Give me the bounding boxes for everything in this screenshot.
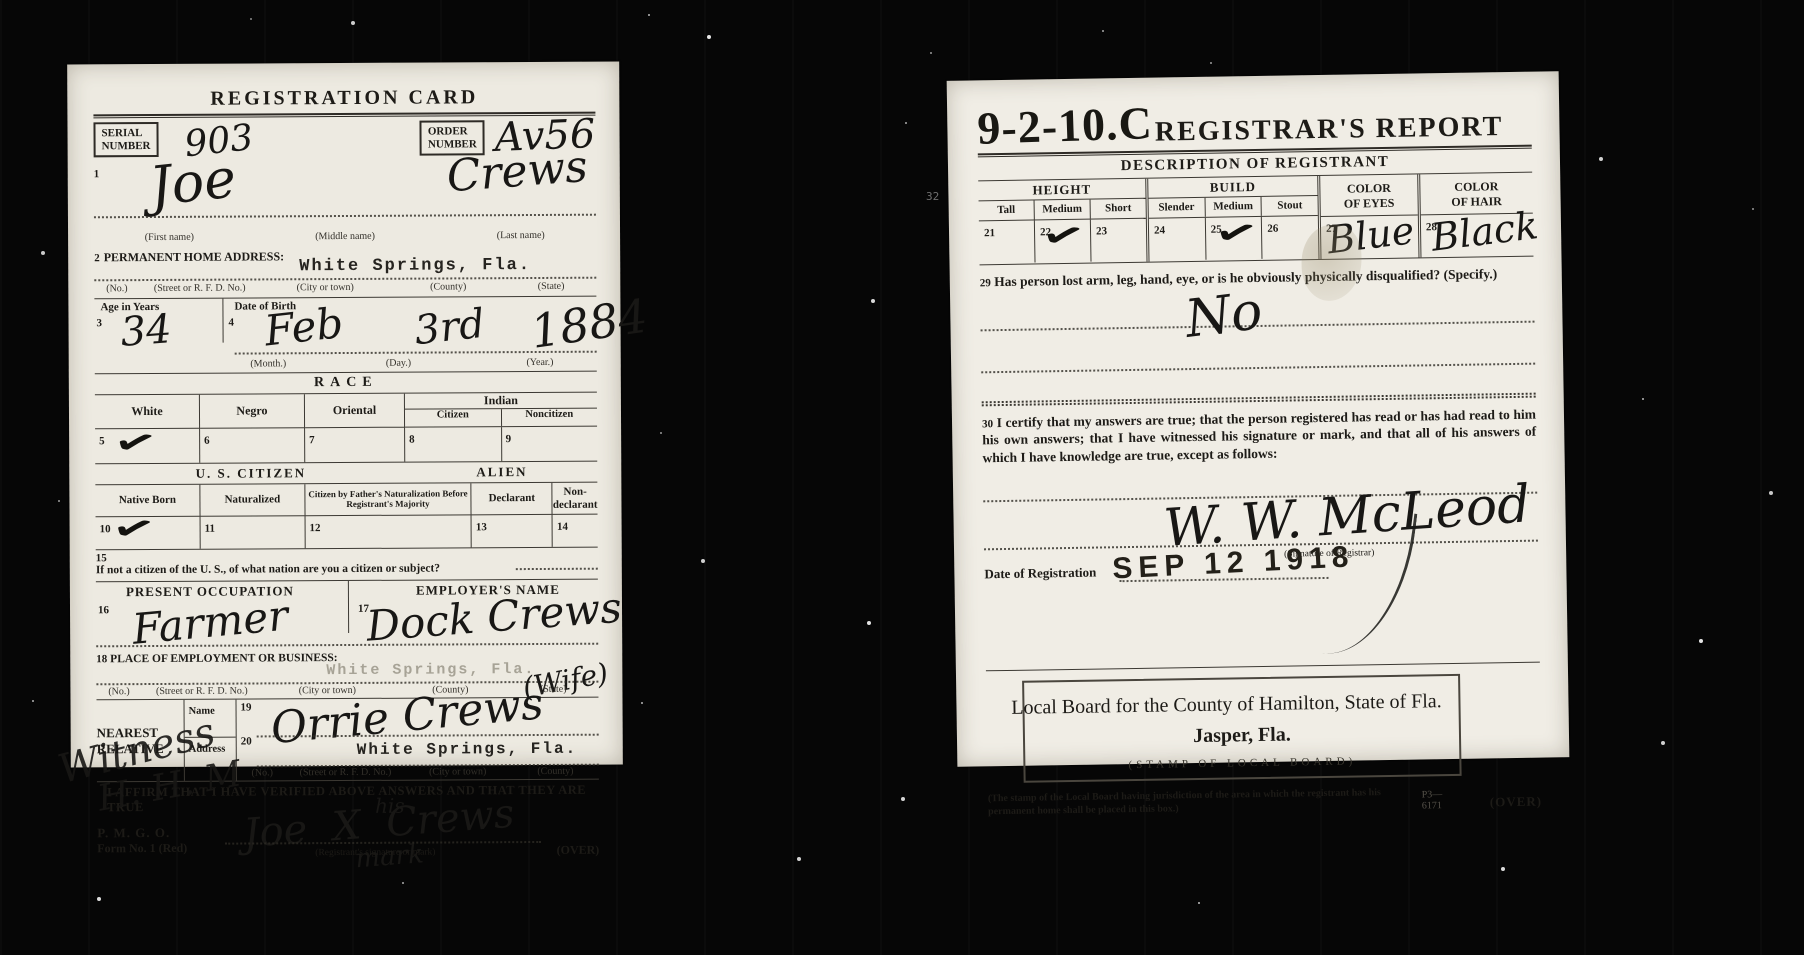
checkmark-icon: ✓ (1210, 209, 1262, 257)
item-number: 18 (96, 653, 107, 665)
alien-header: ALIEN (406, 464, 597, 483)
height-group: HEIGHT Tall Medium Short 21 22 ✓ 23 (978, 179, 1149, 265)
column-label: (State) (506, 281, 596, 294)
section-divider-rule (982, 392, 1536, 406)
description-table: HEIGHT Tall Medium Short 21 22 ✓ 23 BUIL… (978, 172, 1533, 266)
citizenship-column-naturalized: Naturalized 11 (200, 484, 305, 549)
column-label: (Street or R. F. D. No.) (142, 685, 263, 699)
serial-label-line2: NUMBER (102, 140, 151, 153)
age-birthdate-section: Age in Years Date of Birth 3 4 34 Feb 3r… (94, 296, 596, 373)
race-column-negro: Negro 6 (200, 394, 305, 463)
handwritten-occupation: Farmer (130, 595, 289, 651)
nation-question-text: If not a citizen of the U. S., of what n… (96, 563, 440, 577)
answer-cell: 22 ✓ (1035, 220, 1092, 263)
local-board-area: Local Board for the County of Hamilton, … (986, 662, 1542, 784)
first-name-label: (First name) (94, 232, 245, 247)
citizenship-answer-cell: 14 (553, 515, 598, 547)
answer-cell: 25 ✓ (1206, 217, 1263, 260)
relative-labels-row: (No.) (Street or R. F. D. No.) (City or … (237, 766, 599, 780)
handwritten-answer-no: No (1183, 285, 1266, 346)
item-number: 5 (99, 435, 105, 447)
citizenship-option-label: Citizen by Father's Naturalization Befor… (305, 483, 470, 516)
citizenship-column-nondeclarant: Non-declarant 14 (553, 483, 598, 547)
occupation-employer-section: PRESENT OCCUPATION EMPLOYER'S NAME 16 17… (96, 579, 598, 652)
month-label: (Month.) (250, 358, 286, 369)
birthdate-labels-row: (Month.) (Day.) (Year.) (95, 357, 597, 373)
build-option-stout: Stout (1262, 196, 1318, 216)
indian-citizen-label: Citizen (405, 409, 502, 427)
middle-name-label: (Middle name) (245, 230, 446, 245)
scan-noise-specks (0, 0, 2, 2)
handwritten-first-name: Joe (147, 151, 239, 214)
home-address-label: PERMANENT HOME ADDRESS: (104, 249, 285, 264)
race-column-white: White 5 ✓ (95, 395, 200, 464)
item-number: 19 (241, 701, 252, 713)
item-number: 26 (1267, 223, 1278, 235)
checkmark-icon: ✓ (109, 419, 162, 467)
nation-question: 15 If not a citizen of the U. S., of wha… (96, 548, 598, 581)
nation-dotted-line (516, 568, 598, 570)
report-header: 9-2-10.C REGISTRAR'S REPORT (977, 92, 1532, 154)
typed-relative-address: White Springs, Fla. (357, 740, 578, 759)
relative-entries: 19 Orrie Crews 20 White Springs, Fla. (N… (236, 698, 598, 781)
over-label: (OVER) (1490, 794, 1542, 811)
column-label: (City or town) (260, 282, 391, 296)
question-29-specify: (Specify.) (1443, 266, 1497, 282)
citizenship-answer-cell: 13 (472, 515, 552, 547)
build-group: BUILD Slender Medium Stout 24 25 ✓ 26 (1148, 176, 1321, 262)
film-edge-mark: 32 (926, 190, 939, 203)
checkmark-icon: ✓ (1037, 212, 1089, 260)
race-table: White 5 ✓ Negro 6 Oriental 7 Indian (95, 392, 597, 465)
year-label: (Year.) (526, 357, 553, 368)
column-divider (348, 581, 349, 633)
question-30: 30 I certify that my answers are true; t… (982, 405, 1537, 466)
registrar-signature-area: W. W. McLeod (Signature of Registrar) SE… (983, 494, 1539, 615)
us-citizen-header: U. S. CITIZEN (95, 465, 406, 485)
answer-cell: 21 (979, 220, 1036, 263)
item-number: 23 (1096, 225, 1107, 237)
address-labels-row: (No.) (Street or R. F. D. No.) (City or … (94, 281, 596, 297)
build-answer-cells: 24 25 ✓ 26 (1149, 216, 1319, 261)
height-option-short: Short (1091, 199, 1146, 219)
answer-cell: 24 (1149, 218, 1206, 261)
item-number: 24 (1154, 224, 1165, 236)
item-number: 30 (982, 418, 993, 430)
employment-label-text: PLACE OF EMPLOYMENT OR BUSINESS: (110, 652, 338, 665)
registrant-signature-area: his Joe X Crews mark (Registrant's signa… (225, 817, 541, 877)
typed-home-address: White Springs, Fla. (299, 256, 531, 276)
pen-flourish (1290, 500, 1418, 662)
citizenship-answer-cell: 10 ✓ (96, 517, 200, 550)
answer-dotted-line (981, 362, 1535, 373)
registrars-report-card: 9-2-10.C REGISTRAR'S REPORT DESCRIPTION … (947, 71, 1570, 767)
citizenship-headers: U. S. CITIZEN ALIEN (95, 464, 597, 485)
item-number: 15 (96, 552, 107, 564)
eyes-title-line1: COLOR (1320, 180, 1417, 197)
serial-label-line1: SERIAL (101, 127, 150, 140)
build-option-slender: Slender (1149, 198, 1206, 218)
last-name-label: (Last name) (445, 230, 596, 245)
column-label: (Street or R. F. D. No.) (139, 282, 260, 296)
form-number: Form No. 1 (Red) (97, 841, 225, 857)
signature-last: Crews (385, 791, 516, 846)
serial-number-box: SERIAL NUMBER (93, 122, 158, 158)
home-address-section: 2 PERMANENT HOME ADDRESS: White Springs,… (94, 246, 596, 297)
column-label: (Street or R. F. D. No.) (288, 767, 404, 780)
column-label: (City or town) (403, 766, 512, 779)
citizenship-option-label: Naturalized (200, 484, 304, 517)
column-divider (222, 299, 223, 343)
column-label: (County) (512, 766, 599, 778)
board-stamp-line2: Jasper, Fla. (1029, 721, 1455, 751)
item-number: 16 (98, 604, 109, 616)
height-answer-cells: 21 22 ✓ 23 (979, 219, 1147, 264)
item-number: 7 (309, 434, 315, 446)
item-number: 20 (241, 735, 252, 747)
indian-noncitizen-label: Noncitizen (501, 409, 597, 426)
indian-answer-cells: 8 9 (405, 427, 597, 462)
faint-stamped-place: White Springs, Fla. (326, 661, 535, 679)
report-footer: (The stamp of the Local Board having jur… (988, 785, 1542, 819)
hair-title-line1: COLOR (1420, 179, 1532, 196)
handwritten-hair-color: Black (1429, 206, 1540, 257)
item-number: 6 (204, 435, 210, 447)
print-form-code: P3—6171 (1422, 789, 1460, 812)
citizenship-column-declarant: Declarant 13 (472, 483, 554, 547)
name-labels-row: (First name) (Middle name) (Last name) (94, 230, 596, 247)
date-of-registration-label: Date of Registration (984, 565, 1096, 583)
stamp-of-local-board-label: (STAMP OF LOCAL BOARD) (1029, 754, 1455, 773)
answer-cell: 23 (1091, 219, 1147, 262)
indian-sub-labels: Citizen Noncitizen (405, 409, 597, 428)
name-line: 1 Joe Crews (94, 166, 596, 233)
order-label-line1: ORDER (428, 125, 477, 138)
handwritten-employer-name: Dock Crews (365, 587, 623, 648)
build-title: BUILD (1148, 176, 1317, 199)
item-number: 2 (94, 252, 100, 264)
race-column-indian: Indian Citizen Noncitizen 8 9 (405, 393, 597, 462)
item-number: 21 (984, 227, 995, 239)
signature-section: P. M. G. O. Form No. 1 (Red) his Joe X C… (97, 817, 599, 878)
citizenship-option-label: Declarant (472, 483, 552, 515)
item-number: 4 (228, 317, 234, 329)
registration-card: REGISTRATION CARD SERIAL NUMBER 903 ORDE… (67, 62, 623, 768)
report-title: REGISTRAR'S REPORT (1155, 111, 1504, 148)
race-title: RACE (95, 372, 597, 395)
over-label: (OVER) (541, 817, 599, 875)
handwritten-last-name: Crews (445, 145, 589, 199)
form-identifier: P. M. G. O. Form No. 1 (Red) (97, 819, 225, 878)
signature-caption: (Registrant's signature or mark) (315, 848, 435, 859)
item-number: 13 (476, 521, 487, 533)
hair-group: COLOR OF HAIR 28 Black (1420, 173, 1533, 258)
race-answer-cell: 5 ✓ (95, 429, 199, 464)
day-label: (Day.) (386, 358, 411, 369)
local-board-stamp-box: Local Board for the County of Hamilton, … (1022, 674, 1462, 783)
race-column-oriental: Oriental 7 (305, 394, 405, 463)
citizenship-answer-cell: 11 (200, 516, 304, 549)
item-number: 29 (980, 277, 991, 289)
item-number: 12 (309, 522, 320, 534)
handwritten-birth-day: 3rd (413, 304, 487, 351)
column-label: (No.) (96, 686, 141, 699)
column-label: (County) (390, 281, 506, 295)
citizenship-column-native: Native Born 10 ✓ (95, 485, 200, 550)
race-option-label: Negro (200, 394, 304, 429)
race-answer-cell: 7 (305, 428, 404, 463)
citizenship-answer-cell: 12 (305, 515, 470, 548)
checkmark-icon: ✓ (107, 505, 160, 553)
citizenship-table: Native Born 10 ✓ Naturalized 11 Citizen … (95, 482, 597, 551)
handwritten-age: 34 (119, 309, 173, 353)
indian-label: Indian (405, 393, 597, 410)
item-number: 8 (409, 434, 415, 446)
citizenship-section: U. S. CITIZEN ALIEN Native Born 10 ✓ Nat… (95, 464, 597, 551)
signature-first: Joe (242, 806, 309, 857)
item-number: 11 (205, 523, 215, 535)
citizenship-option-label: Non-declarant (553, 483, 598, 515)
race-answer-cell: 9 (502, 427, 598, 461)
board-stamp-line1: Local Board for the County of Hamilton, … (998, 690, 1454, 720)
race-option-label: Oriental (305, 394, 404, 429)
handwritten-birth-year: 1884 (528, 293, 650, 355)
certification-text: I certify that my answers are true; that… (982, 406, 1536, 465)
column-label: (No.) (237, 767, 288, 779)
race-answer-cell: 8 (405, 427, 502, 462)
stamped-code: 9-2-10.C (977, 96, 1154, 155)
form-org: P. M. G. O. (97, 825, 225, 842)
height-title: HEIGHT (978, 179, 1145, 202)
question-29-answer-area: No (980, 282, 1535, 379)
race-section: RACE White 5 ✓ Negro 6 Oriental 7 (95, 371, 597, 465)
handwritten-birth-month: Feb (262, 302, 345, 352)
card-title: REGISTRATION CARD (93, 86, 595, 112)
item-number: 9 (506, 433, 512, 445)
citizenship-column-father: Citizen by Father's Naturalization Befor… (305, 483, 472, 548)
height-option-tall: Tall (979, 200, 1035, 220)
item-number: 14 (557, 521, 568, 533)
hair-answer-cell: 28 Black (1421, 214, 1534, 258)
board-footnote: (The stamp of the Local Board having jur… (988, 787, 1382, 818)
item-number: 3 (96, 317, 102, 329)
race-answer-cell: 6 (200, 428, 304, 463)
column-label: (No.) (94, 283, 139, 296)
item-number: 1 (94, 168, 100, 180)
